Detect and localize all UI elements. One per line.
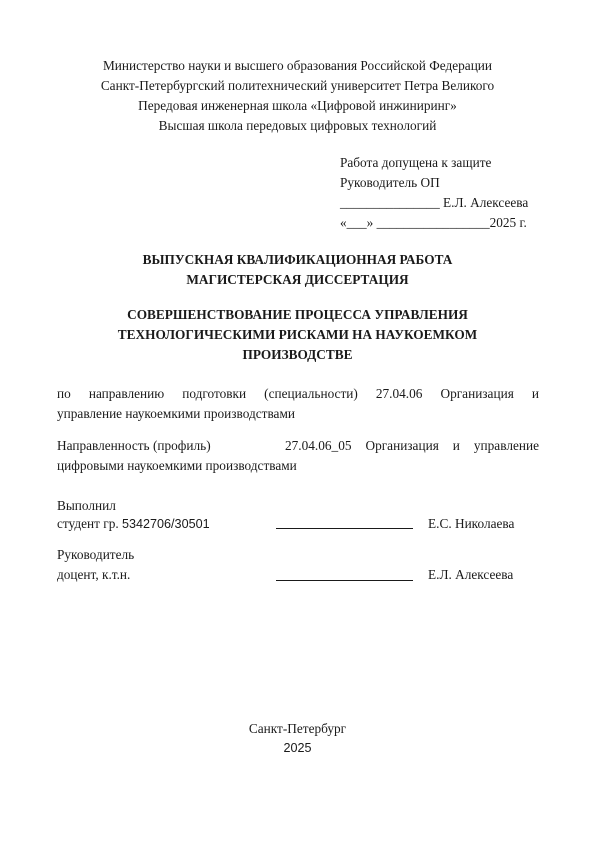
approval-admitted: Работа допущена к защите <box>340 153 528 173</box>
performer-group: 5342706/30501 <box>122 517 210 531</box>
performer-role: студент гр. 5342706/30501 <box>57 514 210 534</box>
header-line-department: Высшая школа передовых цифровых технолог… <box>0 116 595 136</box>
thesis-title-line1: СОВЕРШЕНСТВОВАНИЕ ПРОЦЕССА УПРАВЛЕНИЯ <box>0 305 595 325</box>
direction-line2: управление наукоемкими производствами <box>57 404 539 424</box>
approval-head-title: Руководитель ОП <box>340 173 528 193</box>
performer-name: Е.С. Николаева <box>428 514 514 534</box>
supervisor-label: Руководитель <box>57 545 134 565</box>
direction-block: по направлению подготовки (специальности… <box>57 384 539 424</box>
ministry-header: Министерство науки и высшего образования… <box>0 56 595 136</box>
profile-line1: 27.04.06_05 Организация и управление <box>285 436 539 456</box>
work-type-line1: ВЫПУСКНАЯ КВАЛИФИКАЦИОННАЯ РАБОТА <box>0 250 595 270</box>
profile-block: Направленность (профиль) 27.04.06_05 Орг… <box>57 436 539 476</box>
direction-line1: по направлению подготовки (специальности… <box>57 384 539 404</box>
supervisor-signature-line <box>276 580 413 581</box>
performer-role-prefix: студент гр. <box>57 516 119 531</box>
header-line-university: Санкт-Петербургский политехнический унив… <box>0 76 595 96</box>
profile-line2: цифровыми наукоемкими производствами <box>57 456 539 476</box>
approval-signature: _______________ Е.Л. Алексеева <box>340 193 528 213</box>
supervisor-role: доцент, к.т.н. <box>57 565 130 585</box>
footer-year: 2025 <box>0 738 595 758</box>
profile-label: Направленность (профиль) <box>57 436 211 456</box>
performer-signature-line <box>276 528 413 529</box>
thesis-title-line2: ТЕХНОЛОГИЧЕСКИМИ РИСКАМИ НА НАУКОЕМКОМ <box>0 325 595 345</box>
thesis-title-line3: ПРОИЗВОДСТВЕ <box>0 345 595 365</box>
thesis-title: СОВЕРШЕНСТВОВАНИЕ ПРОЦЕССА УПРАВЛЕНИЯ ТЕ… <box>0 305 595 365</box>
footer-city: Санкт-Петербург <box>0 719 595 739</box>
work-type-line2: МАГИСТЕРСКАЯ ДИССЕРТАЦИЯ <box>0 270 595 290</box>
header-line-ministry: Министерство науки и высшего образования… <box>0 56 595 76</box>
approval-date: «___» _________________2025 г. <box>340 213 528 233</box>
performer-label: Выполнил <box>57 496 116 516</box>
header-line-school: Передовая инженерная школа «Цифровой инж… <box>0 96 595 116</box>
approval-block: Работа допущена к защите Руководитель ОП… <box>340 153 528 233</box>
supervisor-name: Е.Л. Алексеева <box>428 565 513 585</box>
work-type: ВЫПУСКНАЯ КВАЛИФИКАЦИОННАЯ РАБОТА МАГИСТ… <box>0 250 595 290</box>
